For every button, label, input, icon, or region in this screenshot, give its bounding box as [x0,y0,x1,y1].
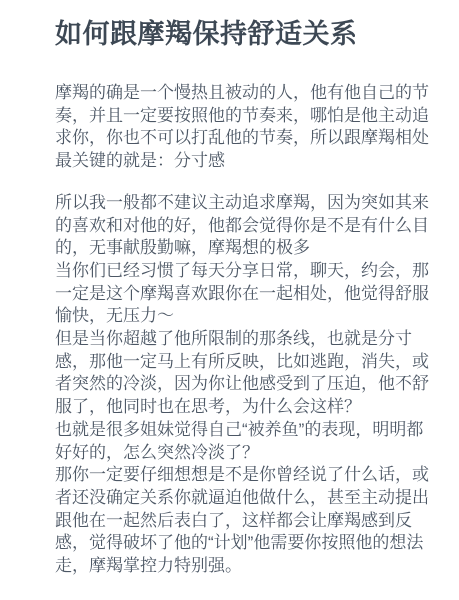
paragraph: 摩羯的确是一个慢热且被动的人，他有他自己的节奏，并且一定要按照他的节奏来，哪怕是… [55,82,431,173]
article-section: 所以我一般都不建议主动追求摩羯，因为突如其来的喜欢和对他的好，他都会觉得你是不是… [55,192,431,578]
text-line: 好好的，怎么突然冷淡了？ [55,442,431,465]
text-line: 服了，他同时也在思考，为什么会这样？ [55,396,431,419]
page-title: 如何跟摩羯保持舒适关系 [55,16,431,52]
article-section: 摩羯的确是一个慢热且被动的人，他有他自己的节奏，并且一定要按照他的节奏来，哪怕是… [55,82,431,173]
paragraph: 所以我一般都不建议主动追求摩羯，因为突如其来的喜欢和对他的好，他都会觉得你是不是… [55,192,431,260]
text-line: 摩羯的确是一个慢热且被动的人，他有他自己的节 [55,82,431,105]
text-line: 求你，你也不可以打乱他的节奏，所以跟摩羯相处 [55,127,431,150]
article-body: 摩羯的确是一个慢热且被动的人，他有他自己的节奏，并且一定要按照他的节奏来，哪怕是… [55,82,431,578]
text-line: 那你一定要仔细想想是不是你曾经说了什么话，或 [55,464,431,487]
text-line: 者突然的冷淡，因为你让他感受到了压迫，他不舒 [55,373,431,396]
paragraph: 也就是很多姐妹觉得自己“被养鱼”的表现，明明都好好的，怎么突然冷淡了？ [55,419,431,464]
paragraph: 但是当你超越了他所限制的那条线，也就是分寸感，那他一定马上有所反映，比如逃跑，消… [55,328,431,419]
text-line: 最关键的就是：分寸感 [55,150,431,173]
text-line: 也就是很多姐妹觉得自己“被养鱼”的表现，明明都 [55,419,431,442]
text-line: 所以我一般都不建议主动追求摩羯，因为突如其来 [55,192,431,215]
text-line: 愉快，无压力～ [55,305,431,328]
text-line: 跟他在一起然后表白了，这样都会让摩羯感到反 [55,510,431,533]
text-line: 但是当你超越了他所限制的那条线，也就是分寸 [55,328,431,351]
article: 如何跟摩羯保持舒适关系 摩羯的确是一个慢热且被动的人，他有他自己的节奏，并且一定… [0,0,459,578]
text-line: 的喜欢和对他的好，他都会觉得你是不是有什么目 [55,215,431,238]
text-line: 奏，并且一定要按照他的节奏来，哪怕是他主动追 [55,105,431,128]
paragraph: 那你一定要仔细想想是不是你曾经说了什么话，或者还没确定关系你就逼迫他做什么，甚至… [55,464,431,578]
text-line: 感，觉得破坏了他的“计划”他需要你按照他的想法 [55,532,431,555]
text-line: 走，摩羯掌控力特别强。 [55,555,431,578]
text-line: 感，那他一定马上有所反映，比如逃跑，消失，或 [55,351,431,374]
paragraph: 当你们已经习惯了每天分享日常，聊天，约会，那一定是这个摩羯喜欢跟你在一起相处，他… [55,260,431,328]
text-line: 的，无事献殷勤嘛，摩羯想的极多 [55,237,431,260]
text-line: 者还没确定关系你就逼迫他做什么，甚至主动提出 [55,487,431,510]
text-line: 当你们已经习惯了每天分享日常，聊天，约会，那 [55,260,431,283]
article-page: 如何跟摩羯保持舒适关系 摩羯的确是一个慢热且被动的人，他有他自己的节奏，并且一定… [0,0,459,600]
text-line: 一定是这个摩羯喜欢跟你在一起相处，他觉得舒服 [55,283,431,306]
